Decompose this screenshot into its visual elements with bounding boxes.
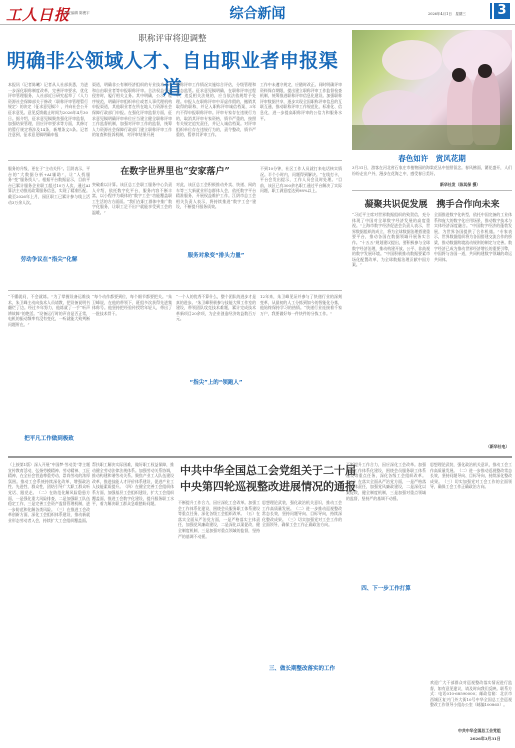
notice-col-3: 不断提升工作合力，因应深化工会改革。加强工会工作体系化建设，围绕会员服务职工体系… xyxy=(178,500,260,746)
lead-col-2: 渠道，明确非公有制经济组织的专业技术人才和自由职业者等申报职称评审。合法权益受到… xyxy=(92,82,172,158)
notice-contact: 欢迎广大干部群众对巡视整改落实情况进行监督，如有意见建议，请及时向我们反映。联系… xyxy=(430,680,512,726)
garden-ground xyxy=(352,125,512,150)
digital-col-4: 不到10分钟，社区工作人员就打来电话核实情况。半个小时内，问题得到解决。“在线打… xyxy=(260,166,342,286)
notice-signature: 中共中华全国总工会党组 xyxy=(458,728,501,734)
growth-col-2: “每个动作都要到位，每个细节都要把关。”朱卫峰说，在他的带领下，班组多次获得先进… xyxy=(92,294,172,450)
lead-col-3: 职称评审工作情况实施综合评估，分级管理和动态监管。征求意见稿明确，在职称评审过程… xyxy=(176,82,256,158)
notice-section-head-4: 四、下一步工作打算 xyxy=(346,584,426,592)
photo-caption: 3月31日，游客在河北省石家庄市植物园的海棠花丛中拍照留念。春风拂面，繁花盛开，… xyxy=(352,165,512,183)
digital-subhead-2: 服务对象变“排头力量” xyxy=(176,251,256,259)
digital-subhead-1: 劳动争议在“指尖”化解 xyxy=(8,255,90,263)
digital-col-1: 服务的升级，更在于“主动关怀”。江阴表示，平台的“大数据分析+AI辅助”，让“人… xyxy=(8,166,90,252)
notice-signature-date: 2026年3月31日 xyxy=(470,736,501,742)
lead-col-1: 本报讯（记者陈曦）记者从人社部获悉，为进一步深化职称制度改革，完善评审要求，优化… xyxy=(8,82,88,158)
issue-date: 2026年4月1日 星期三 xyxy=(428,12,466,17)
notice-col-2: 帮扶职工解决实际困难，做好职工权益保障，推动健全劳动法律法规体系。加强劳动关系协… xyxy=(92,462,174,746)
digital-col-3: 对此，该区总工会积极推动外卖、快递、网约车等三大新就业形态群体人会，依托数字平台… xyxy=(176,182,256,248)
cooperation-col-2: 全面推进数字化转型，依托中国完备的工业体系和庞大的数字化应用场景，推动数字技术与… xyxy=(434,212,512,442)
growth-col-1: “不懂就问，不会就练。”为了掌握设备运维技术，朱卫峰主动向技术人员请教，把设备说… xyxy=(8,294,90,404)
growth-subhead-2: “指尖”上的“领跑人” xyxy=(176,378,256,386)
photo-credit: 新华社发（陈其保 摄） xyxy=(440,182,480,188)
section-divider xyxy=(352,190,512,191)
section-divider xyxy=(8,290,342,291)
growth-subhead-1: 把平凡工作做到极致 xyxy=(8,434,90,442)
notice-col-1: （上接第1版）深入开展“中国梦·劳动美”等主题宣传教育活动，弘扬劳模精神、劳动精… xyxy=(8,462,90,746)
cooperation-headline: 凝聚共识促发展 携手合作向未来 xyxy=(352,197,512,210)
cooperation-credit: （新华社电） xyxy=(486,444,509,450)
notice-col-5: 不断提升工作合力，因应深化工会改革。加强工会工作体系化建设，围绕会员服务职工体系… xyxy=(346,462,426,580)
lead-kicker: 职称评审将迎调整 xyxy=(0,32,345,44)
section-divider xyxy=(8,456,512,458)
lead-col-4: 工作中未遵守规定，应随时改正。同时明确评审资料保存期限，提出建立职称评审工作监督… xyxy=(260,82,342,158)
digital-headline: 在数字世界里也“安家落户” xyxy=(95,164,255,177)
growth-col-3: “一个人的优秀不算什么，整个团队的进步才是真的进步。”朱卫峰积极参与技能大师工作… xyxy=(176,294,256,374)
photo-caption-title: 春色如许 赏风花期 xyxy=(352,153,512,164)
cooperation-col-1: “习近平主席对世界数据组织的致贺信，充分体现了中国对全球数字经济发展的高度重视。… xyxy=(352,212,430,452)
notice-section-head-3: 三、做长期整改落实的工作 xyxy=(260,664,344,672)
digital-col-2: 突破难以计算。该区总工会职工服务中心负责人介绍，依托数字化平台，服务内容不断丰富… xyxy=(92,182,172,286)
spring-blossom-photo xyxy=(352,30,512,150)
section-divider xyxy=(8,160,342,161)
person-head xyxy=(478,64,492,78)
person-head xyxy=(452,68,466,82)
notice-col-6: 思想理论武装，强化政治机关意识，推动工会工作高质量发展。（二）进一步推动巡视整改… xyxy=(430,462,512,648)
growth-col-4: 12年来，朱卫峰见证并参与了快递行业的深刻变革，从最初的人工分拣到如今的智能化分… xyxy=(260,294,342,450)
notice-col-4: 思想理论武装，强化政治机关意识，推动工会工作高质量发展。（二）进一步推动巡视整改… xyxy=(262,500,342,660)
page-number: 3 xyxy=(494,3,510,19)
blossom-cluster xyxy=(382,40,442,80)
